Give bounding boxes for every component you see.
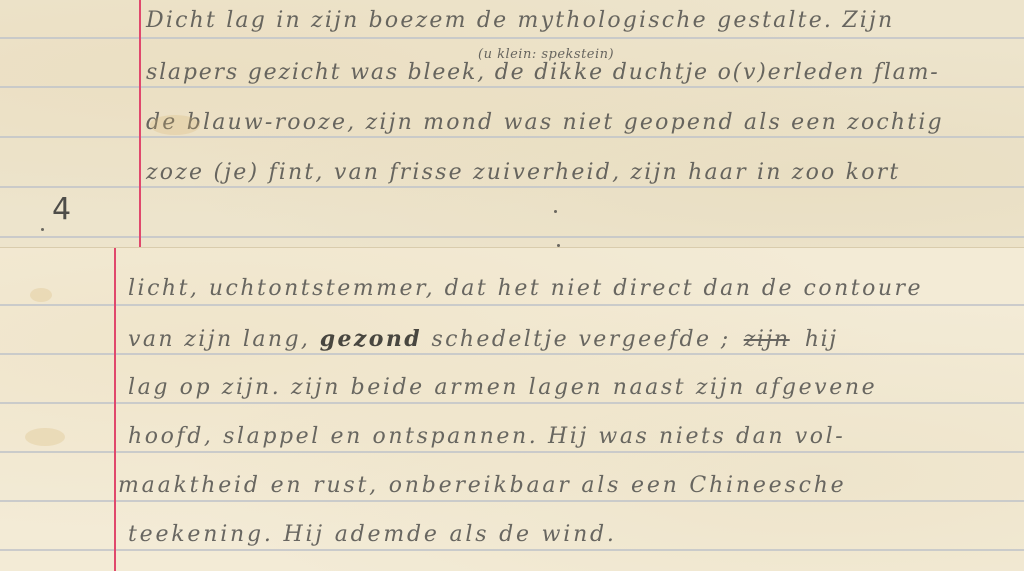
ruled-line bbox=[0, 86, 1024, 88]
overwritten-word: gezond bbox=[320, 326, 422, 352]
ruled-line bbox=[0, 186, 1024, 188]
pencil-speck bbox=[41, 228, 44, 231]
ruled-line bbox=[0, 549, 1024, 551]
handwritten-line-5: licht, uchtontstemmer, dat het niet dire… bbox=[128, 276, 923, 301]
replacement-word: hij bbox=[805, 327, 838, 352]
ruled-line bbox=[0, 451, 1024, 453]
handwritten-line-8: hoofd, slappel en ontspannen. Hij was ni… bbox=[128, 424, 845, 449]
paper-stain bbox=[30, 288, 52, 302]
handwritten-line-6: van zijn lang, gezond schedeltje vergeef… bbox=[128, 326, 838, 352]
handwritten-line-7: lag op zijn. zijn beide armen lagen naas… bbox=[128, 375, 877, 400]
bottom-notebook-fragment: licht, uchtontstemmer, dat het niet dire… bbox=[0, 247, 1024, 571]
ruled-line bbox=[0, 353, 1024, 355]
pencil-speck bbox=[554, 210, 557, 213]
handwritten-line-3: de blauw-rooze, zijn mond was niet geope… bbox=[146, 110, 944, 135]
paper-stain bbox=[150, 115, 200, 135]
ruled-line bbox=[0, 236, 1024, 238]
handwritten-line-1: Dicht lag in zijn boezem de mythologisch… bbox=[146, 8, 894, 33]
handwritten-line-10: teekening. Hij ademde als de wind. bbox=[128, 522, 617, 547]
ruled-line bbox=[0, 402, 1024, 404]
handwritten-line-6-text: van zijn lang, gezond schedeltje vergeef… bbox=[128, 327, 731, 352]
handwritten-line-4: zoze (je) fint, van frisse zuiverheid, z… bbox=[146, 160, 900, 185]
ruled-line bbox=[0, 37, 1024, 39]
margin-line bbox=[114, 248, 116, 571]
ruled-line bbox=[0, 500, 1024, 502]
ruled-line bbox=[0, 304, 1024, 306]
paper-stain bbox=[25, 428, 65, 446]
top-notebook-fragment: Dicht lag in zijn boezem de mythologisch… bbox=[0, 0, 1024, 247]
ruled-line bbox=[0, 136, 1024, 138]
handwritten-line-9: maaktheid en rust, onbereikbaar als een … bbox=[118, 473, 846, 498]
handwritten-line-2: slapers gezicht was bleek, de dikke duch… bbox=[146, 60, 940, 85]
margin-line bbox=[139, 0, 141, 247]
page-number: 4 bbox=[52, 192, 71, 227]
struck-word: zijn bbox=[744, 327, 790, 352]
